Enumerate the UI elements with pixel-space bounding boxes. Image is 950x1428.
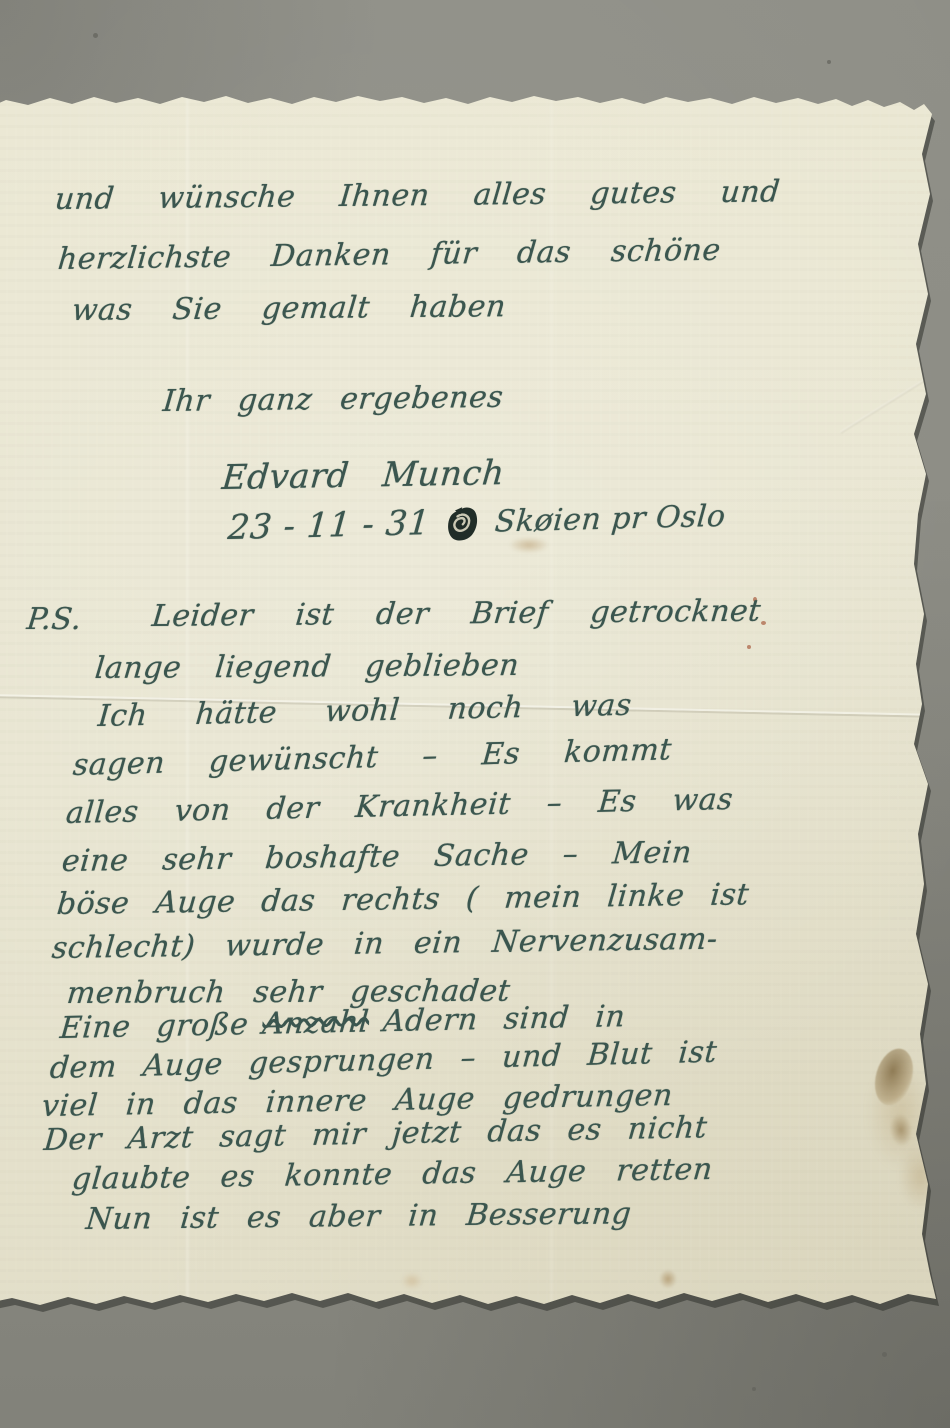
ps-label: P.S. (25, 603, 83, 636)
handwritten-line: böse Auge das rechts ( mein linke ist (55, 878, 750, 921)
date: 23 - 11 - 31 (226, 505, 431, 547)
handwritten-line: Leider ist der Brief getrocknet (150, 595, 762, 633)
handwriting-layer: und wünsche Ihnen alles gutes und herzli… (0, 0, 950, 1428)
handwritten-line: was Sie gemalt haben (70, 290, 507, 327)
handwritten-line: herzlichste Danken für das schöne (56, 234, 722, 276)
photograph-backdrop: und wünsche Ihnen alles gutes und herzli… (0, 0, 950, 1428)
handwritten-line: lange liegend geblieben (93, 649, 520, 685)
signature: Edvard Munch (220, 455, 506, 497)
closing-line: Ihr ganz ergebenes (161, 381, 504, 418)
line-fragment: Eine große (59, 1007, 250, 1046)
place: Skøien pr Oslo (494, 500, 727, 539)
handwritten-line: und wünsche Ihnen alles gutes und (53, 175, 781, 216)
struck-word: Anzahl (261, 1004, 371, 1041)
date-line: 23 - 11 - 31 Skøien pr Oslo (226, 498, 727, 548)
handwritten-line: glaubte es konnte das Auge retten (71, 1153, 715, 1196)
ink-blot-icon (444, 506, 480, 544)
handwritten-line: Nun ist es aber in Besserung (84, 1197, 632, 1236)
handwritten-line: eine sehr boshafte Sache – Mein (60, 836, 693, 878)
handwritten-line: sagen gewünscht – Es kommt (72, 733, 673, 782)
handwritten-line: alles von der Krankheit – Es was (65, 783, 735, 830)
line-fragment: Adern sind in (382, 999, 627, 1039)
handwritten-line: Ich hätte wohl noch was (97, 689, 633, 733)
handwritten-line: schlecht) wurde in ein Nervenzusam- (50, 923, 719, 965)
